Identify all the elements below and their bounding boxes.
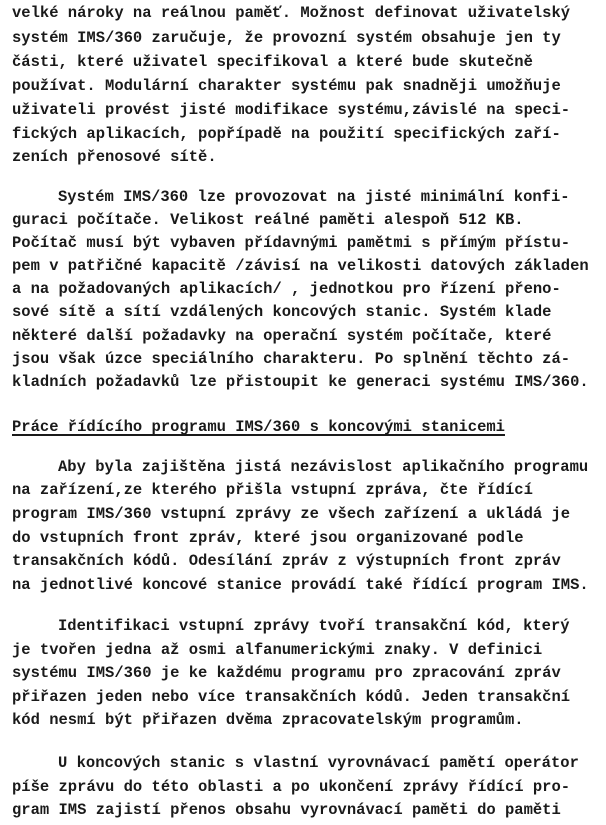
text-line: přiřazen jeden nebo více transakčních kó… <box>12 686 570 708</box>
text-line: kladních požadavků lze přistoupit ke gen… <box>12 371 589 393</box>
text-line: používat. Modulární charakter systému pa… <box>12 75 561 97</box>
text-line: jsou však úzce speciálního charakteru. P… <box>12 348 570 370</box>
text-line: velké nároky na reálnou paměť. Možnost d… <box>12 2 570 24</box>
text-line: píše zprávu do této oblasti a po ukončen… <box>12 776 570 798</box>
text-line: části, které uživatel specifikoval a kte… <box>12 51 533 73</box>
text-line: sové sítě a sítí vzdálených koncových st… <box>12 301 552 323</box>
text-line: do vstupních front zpráv, které jsou org… <box>12 527 524 549</box>
text-line: Systém IMS/360 lze provozovat na jisté m… <box>58 186 570 208</box>
text-line: na jednotlivé koncové stanice provádí ta… <box>12 574 589 596</box>
text-line: na zařízení,ze kterého přišla vstupní zp… <box>12 479 533 501</box>
text-line: transakčních kódů. Odesílání zpráv z výs… <box>12 550 561 572</box>
text-line: zeních přenosové sítě. <box>12 146 217 168</box>
text-line: kód nesmí být přiřazen dvěma zpracovatel… <box>12 709 524 731</box>
text-line: fických aplikacích, popřípadě na použití… <box>12 123 561 145</box>
section-heading: Práce řídícího programu IMS/360 s koncov… <box>12 416 505 438</box>
text-line: uživateli provést jisté modifikace systé… <box>12 99 570 121</box>
text-line: je tvořen jedna až osmi alfanumerickými … <box>12 639 542 661</box>
text-line: gram IMS zajistí přenos obsahu vyrovnáva… <box>12 799 561 821</box>
text-line: program IMS/360 vstupní zprávy ze všech … <box>12 503 570 525</box>
text-line: guraci počítače. Velikost reálné paměti … <box>12 209 524 231</box>
text-line: systému IMS/360 je ke každému programu p… <box>12 662 561 684</box>
text-line: Počítač musí být vybaven přídavnými pamě… <box>12 232 570 254</box>
text-line: Aby byla zajištěna jistá nezávislost apl… <box>58 456 588 478</box>
text-line: U koncových stanic s vlastní vyrovnávací… <box>58 752 579 774</box>
text-line: pem v patřičné kapacitě /závisí na velik… <box>12 255 589 277</box>
text-line: a na požadovaných aplikacích/ , jednotko… <box>12 278 561 300</box>
text-line: některé další požadavky na operační syst… <box>12 325 552 347</box>
text-line: systém IMS/360 zaručuje, že provozní sys… <box>12 27 561 49</box>
text-line: Identifikaci vstupní zprávy tvoří transa… <box>58 615 570 637</box>
